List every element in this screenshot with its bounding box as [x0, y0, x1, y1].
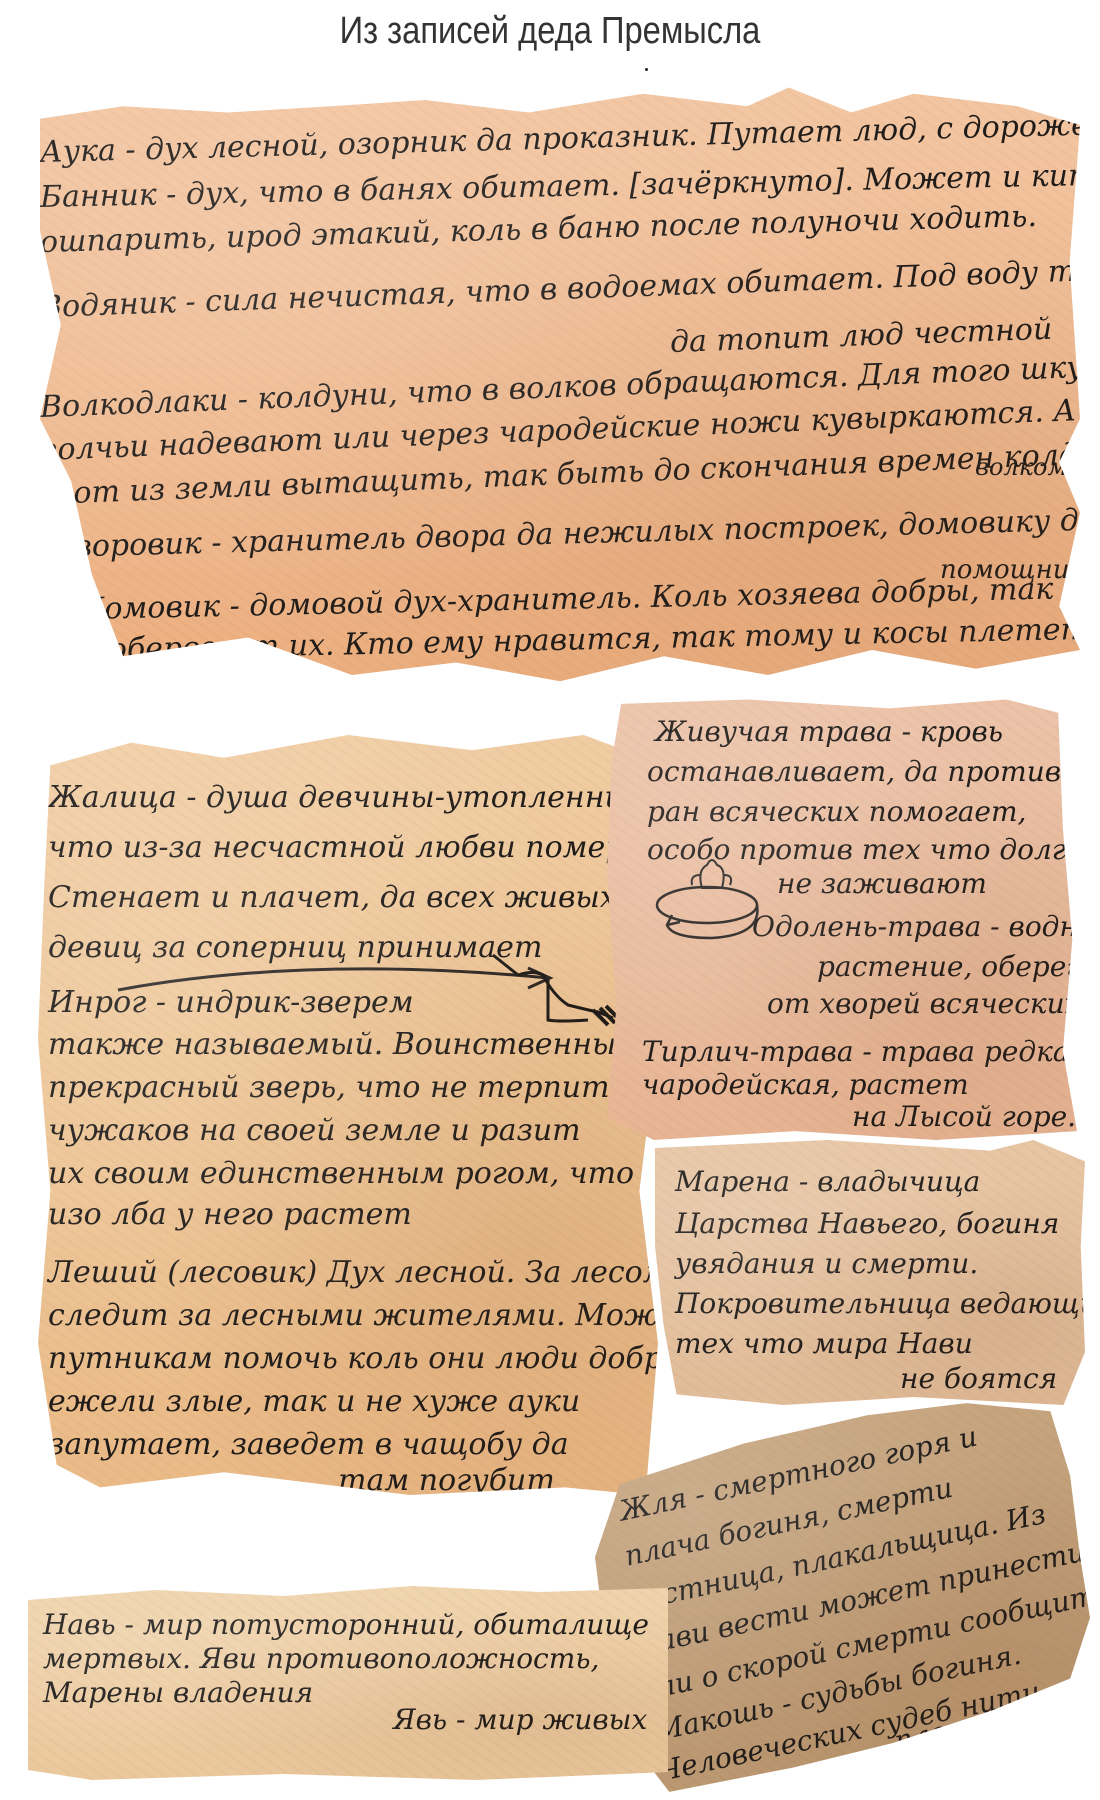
- note-line: от хворей всяческих: [767, 987, 1080, 1020]
- note-line: Марена - владычица: [675, 1165, 980, 1198]
- note-line: не боятся: [900, 1362, 1057, 1395]
- note-line: волком: [975, 453, 1067, 481]
- page-title: Из записей деда Премысла: [77, 10, 1023, 53]
- note-main-creatures: Аука - дух лесной, озорник да проказник.…: [40, 75, 1080, 700]
- note-line: останавливает, да против: [647, 755, 1061, 788]
- note-line: на Лысой горе.: [852, 1100, 1076, 1133]
- note-line: Живучая трава - кровь: [655, 715, 1003, 748]
- note-line: Тирлич-трава - трава редкая: [642, 1035, 1088, 1068]
- note-line: Одолень-трава - водное: [752, 910, 1100, 943]
- note-line: также называемый. Воинственный, но: [48, 1027, 693, 1062]
- note-line: ежели злые, так и не хуже ауки: [48, 1384, 580, 1419]
- note-line: прекрасный зверь, что не терпит: [48, 1070, 610, 1105]
- note-spirits-left: Жалица - душа девчины-утопленницы, что и…: [38, 735, 658, 1495]
- note-line: их своим единственным рогом, что прямо: [48, 1156, 745, 1191]
- note-line: Инрог - индрик-зверем: [48, 985, 414, 1020]
- note-line: чародейская, растет: [642, 1068, 969, 1101]
- note-line: Царства Навьего, богиня: [675, 1207, 1059, 1240]
- note-line: Аука - дух лесной, озорник да проказник.…: [40, 104, 1100, 170]
- note-line: увядания и смерти.: [675, 1247, 978, 1280]
- note-line: Водяник - сила нечистая, что в водоемах …: [39, 250, 1100, 325]
- note-marena: Марена - владычица Царства Навьего, боги…: [655, 1140, 1085, 1405]
- note-line: Навь - мир потусторонний, обиталище: [43, 1608, 649, 1641]
- note-line: изо лба у него растет: [48, 1197, 412, 1232]
- note-line: растение, оберег: [817, 950, 1080, 983]
- note-line: следит за лесными жителями. Может: [48, 1298, 704, 1333]
- ink-dot: [645, 68, 648, 71]
- note-line: путникам помочь коль они люди добрые, а: [48, 1341, 742, 1376]
- note-line: чужаков на своей земле и разит: [48, 1113, 581, 1148]
- note-line: Марены владения: [43, 1676, 313, 1709]
- note-line: что из-за несчастной любви померла.: [48, 830, 671, 865]
- note-line: Леший (лесовик) Дух лесной. За лесом: [48, 1255, 668, 1290]
- note-herbs: Живучая трава - кровь останавливает, да …: [607, 695, 1077, 1140]
- note-line: запутает, заведет в чащобу да: [48, 1427, 569, 1462]
- note-line: Явь - мир живых: [393, 1703, 647, 1736]
- note-line: не заживают: [777, 867, 987, 900]
- note-line: тех что мира Нави: [675, 1327, 973, 1360]
- note-line: ран всяческих помогает,: [647, 795, 1026, 828]
- note-line: там погубит: [338, 1463, 555, 1498]
- note-line: Стенает и плачет, да всех живых: [48, 880, 617, 915]
- note-line: Жалица - душа девчины-утопленницы,: [48, 780, 679, 815]
- note-line: Покровительница ведающих,: [675, 1287, 1100, 1320]
- note-zhlya-makosh: Жля - смертного горя и плача богиня, сме…: [595, 1395, 1090, 1800]
- note-nav-yav: Навь - мир потусторонний, обиталище мерт…: [28, 1580, 668, 1780]
- note-line: мертвых. Яви противоположность,: [43, 1642, 599, 1675]
